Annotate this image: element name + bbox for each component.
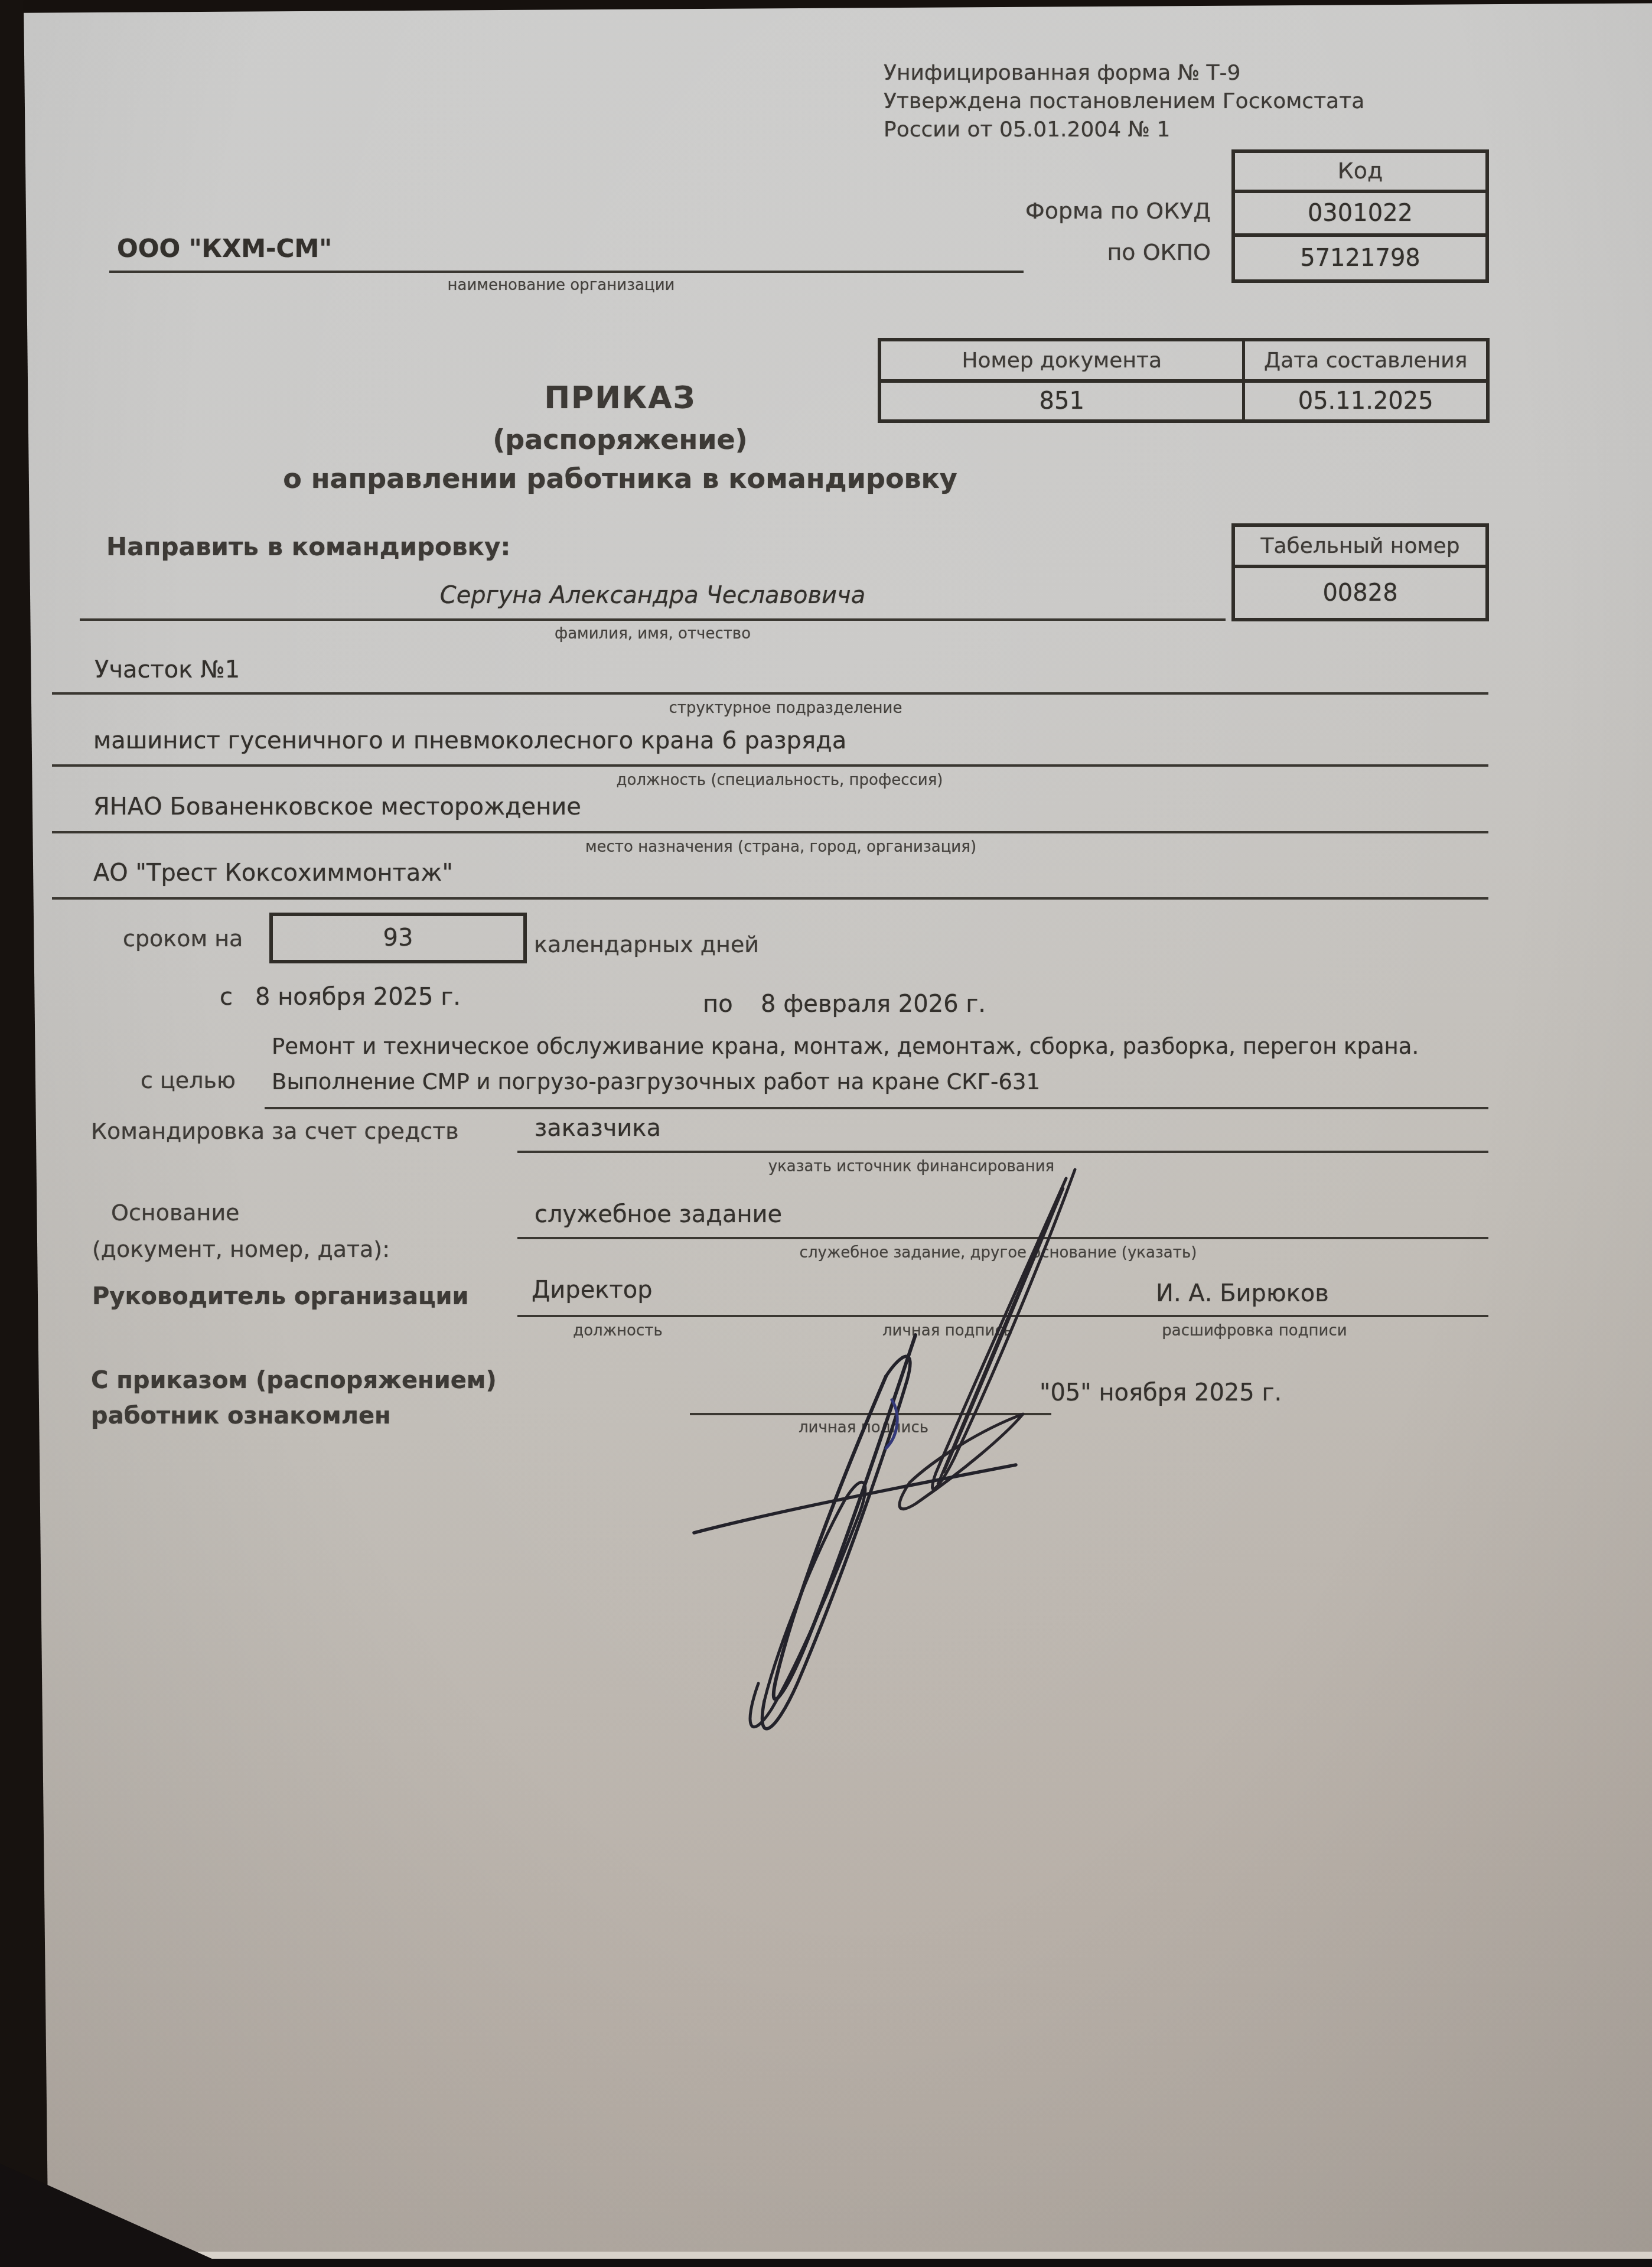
form-note-line2: Утверждена постановлением Госкомстата	[884, 87, 1415, 116]
doc-date-header: Дата составления	[1245, 341, 1486, 379]
doc-date-value: 05.11.2025	[1245, 383, 1486, 419]
form-note-line1: Унифицированная форма № Т-9	[884, 59, 1415, 87]
okpo-label: по ОКПО	[851, 239, 1211, 267]
code-table: Код 0301022 57121798	[1231, 149, 1489, 283]
head-name-caption: расшифровка подписи	[1136, 1322, 1373, 1340]
funding-label: Командировка за счет средств	[91, 1118, 459, 1146]
employee-signature	[638, 1270, 1087, 1766]
title-line3: о направлении работника в командировку	[89, 462, 1152, 496]
date-to-label: по	[703, 990, 733, 1018]
organization-name: ООО "КХМ-СМ"	[117, 234, 332, 263]
term-value-box: 93	[269, 913, 527, 963]
date-from-label: с	[220, 983, 233, 1011]
personnel-number-value: 00828	[1235, 568, 1485, 618]
host-organization-value: АО "Трест Коксохиммонтаж"	[93, 859, 453, 887]
purpose-line2: Выполнение СМР и погрузо-разгрузочных ра…	[272, 1069, 1040, 1095]
destination-caption: место назначения (страна, город, организ…	[545, 838, 1017, 856]
employee-name: Сергуна Александра Чеславовича	[80, 581, 1226, 610]
basis-label-line1: Основание	[111, 1199, 240, 1227]
department-underline	[52, 692, 1488, 695]
department-value: Участок №1	[95, 656, 240, 684]
basis-value: служебное задание	[535, 1200, 782, 1229]
purpose-label: с целью	[141, 1067, 236, 1095]
organization-underline	[109, 271, 1024, 273]
funding-value: заказчика	[535, 1114, 661, 1142]
personnel-number-box: Табельный номер 00828	[1231, 523, 1489, 621]
doc-number-header: Номер документа	[881, 341, 1245, 379]
destination-underline	[52, 831, 1488, 833]
position-value: машинист гусеничного и пневмоколесного к…	[93, 727, 846, 755]
head-name-value: И. А. Бирюков	[1156, 1279, 1329, 1308]
employee-name-caption: фамилия, имя, отчество	[505, 625, 800, 643]
term-label: сроком на	[123, 925, 243, 953]
host-organization-underline	[52, 897, 1488, 900]
position-caption: должность (специальность, профессия)	[573, 771, 986, 790]
term-suffix: календарных дней	[534, 931, 759, 959]
date-to-value: 8 февраля 2026 г.	[761, 990, 986, 1018]
title-line1: ПРИКАЗ	[89, 379, 1152, 418]
background-bottom-edge	[0, 2259, 1652, 2267]
form-note: Унифицированная форма № Т-9 Утверждена п…	[884, 59, 1415, 144]
order-form-t9-sheet: Унифицированная форма № Т-9 Утверждена п…	[0, 0, 1652, 2267]
employee-name-underline	[80, 618, 1226, 621]
personnel-number-header: Табельный номер	[1235, 527, 1485, 568]
basis-label-line2: (документ, номер, дата):	[92, 1236, 390, 1264]
purpose-underline	[265, 1107, 1488, 1109]
form-note-line3: России от 05.01.2004 № 1	[884, 116, 1415, 144]
okud-label: Форма по ОКУД	[851, 197, 1211, 226]
document-photo: Унифицированная форма № Т-9 Утверждена п…	[0, 0, 1652, 2267]
send-label: Направить в командировку:	[106, 532, 510, 563]
date-from-value: 8 ноября 2025 г.	[255, 983, 461, 1011]
okud-value: 0301022	[1235, 193, 1485, 237]
organization-caption: наименование организации	[413, 276, 709, 295]
department-caption: структурное подразделение	[608, 699, 963, 718]
position-underline	[52, 764, 1488, 767]
okpo-value: 57121798	[1235, 237, 1485, 279]
ack-label-line2: работник ознакомлен	[91, 1401, 391, 1431]
code-table-header: Код	[1235, 153, 1485, 193]
ack-label-line1: С приказом (распоряжением)	[91, 1366, 497, 1395]
head-label: Руководитель организации	[92, 1282, 469, 1311]
destination-value: ЯНАО Бованенковское месторождение	[93, 793, 581, 821]
title-line2: (распоряжение)	[89, 423, 1152, 457]
purpose-line1: Ремонт и техническое обслуживание крана,…	[272, 1034, 1419, 1060]
head-position-value: Директор	[532, 1276, 653, 1304]
